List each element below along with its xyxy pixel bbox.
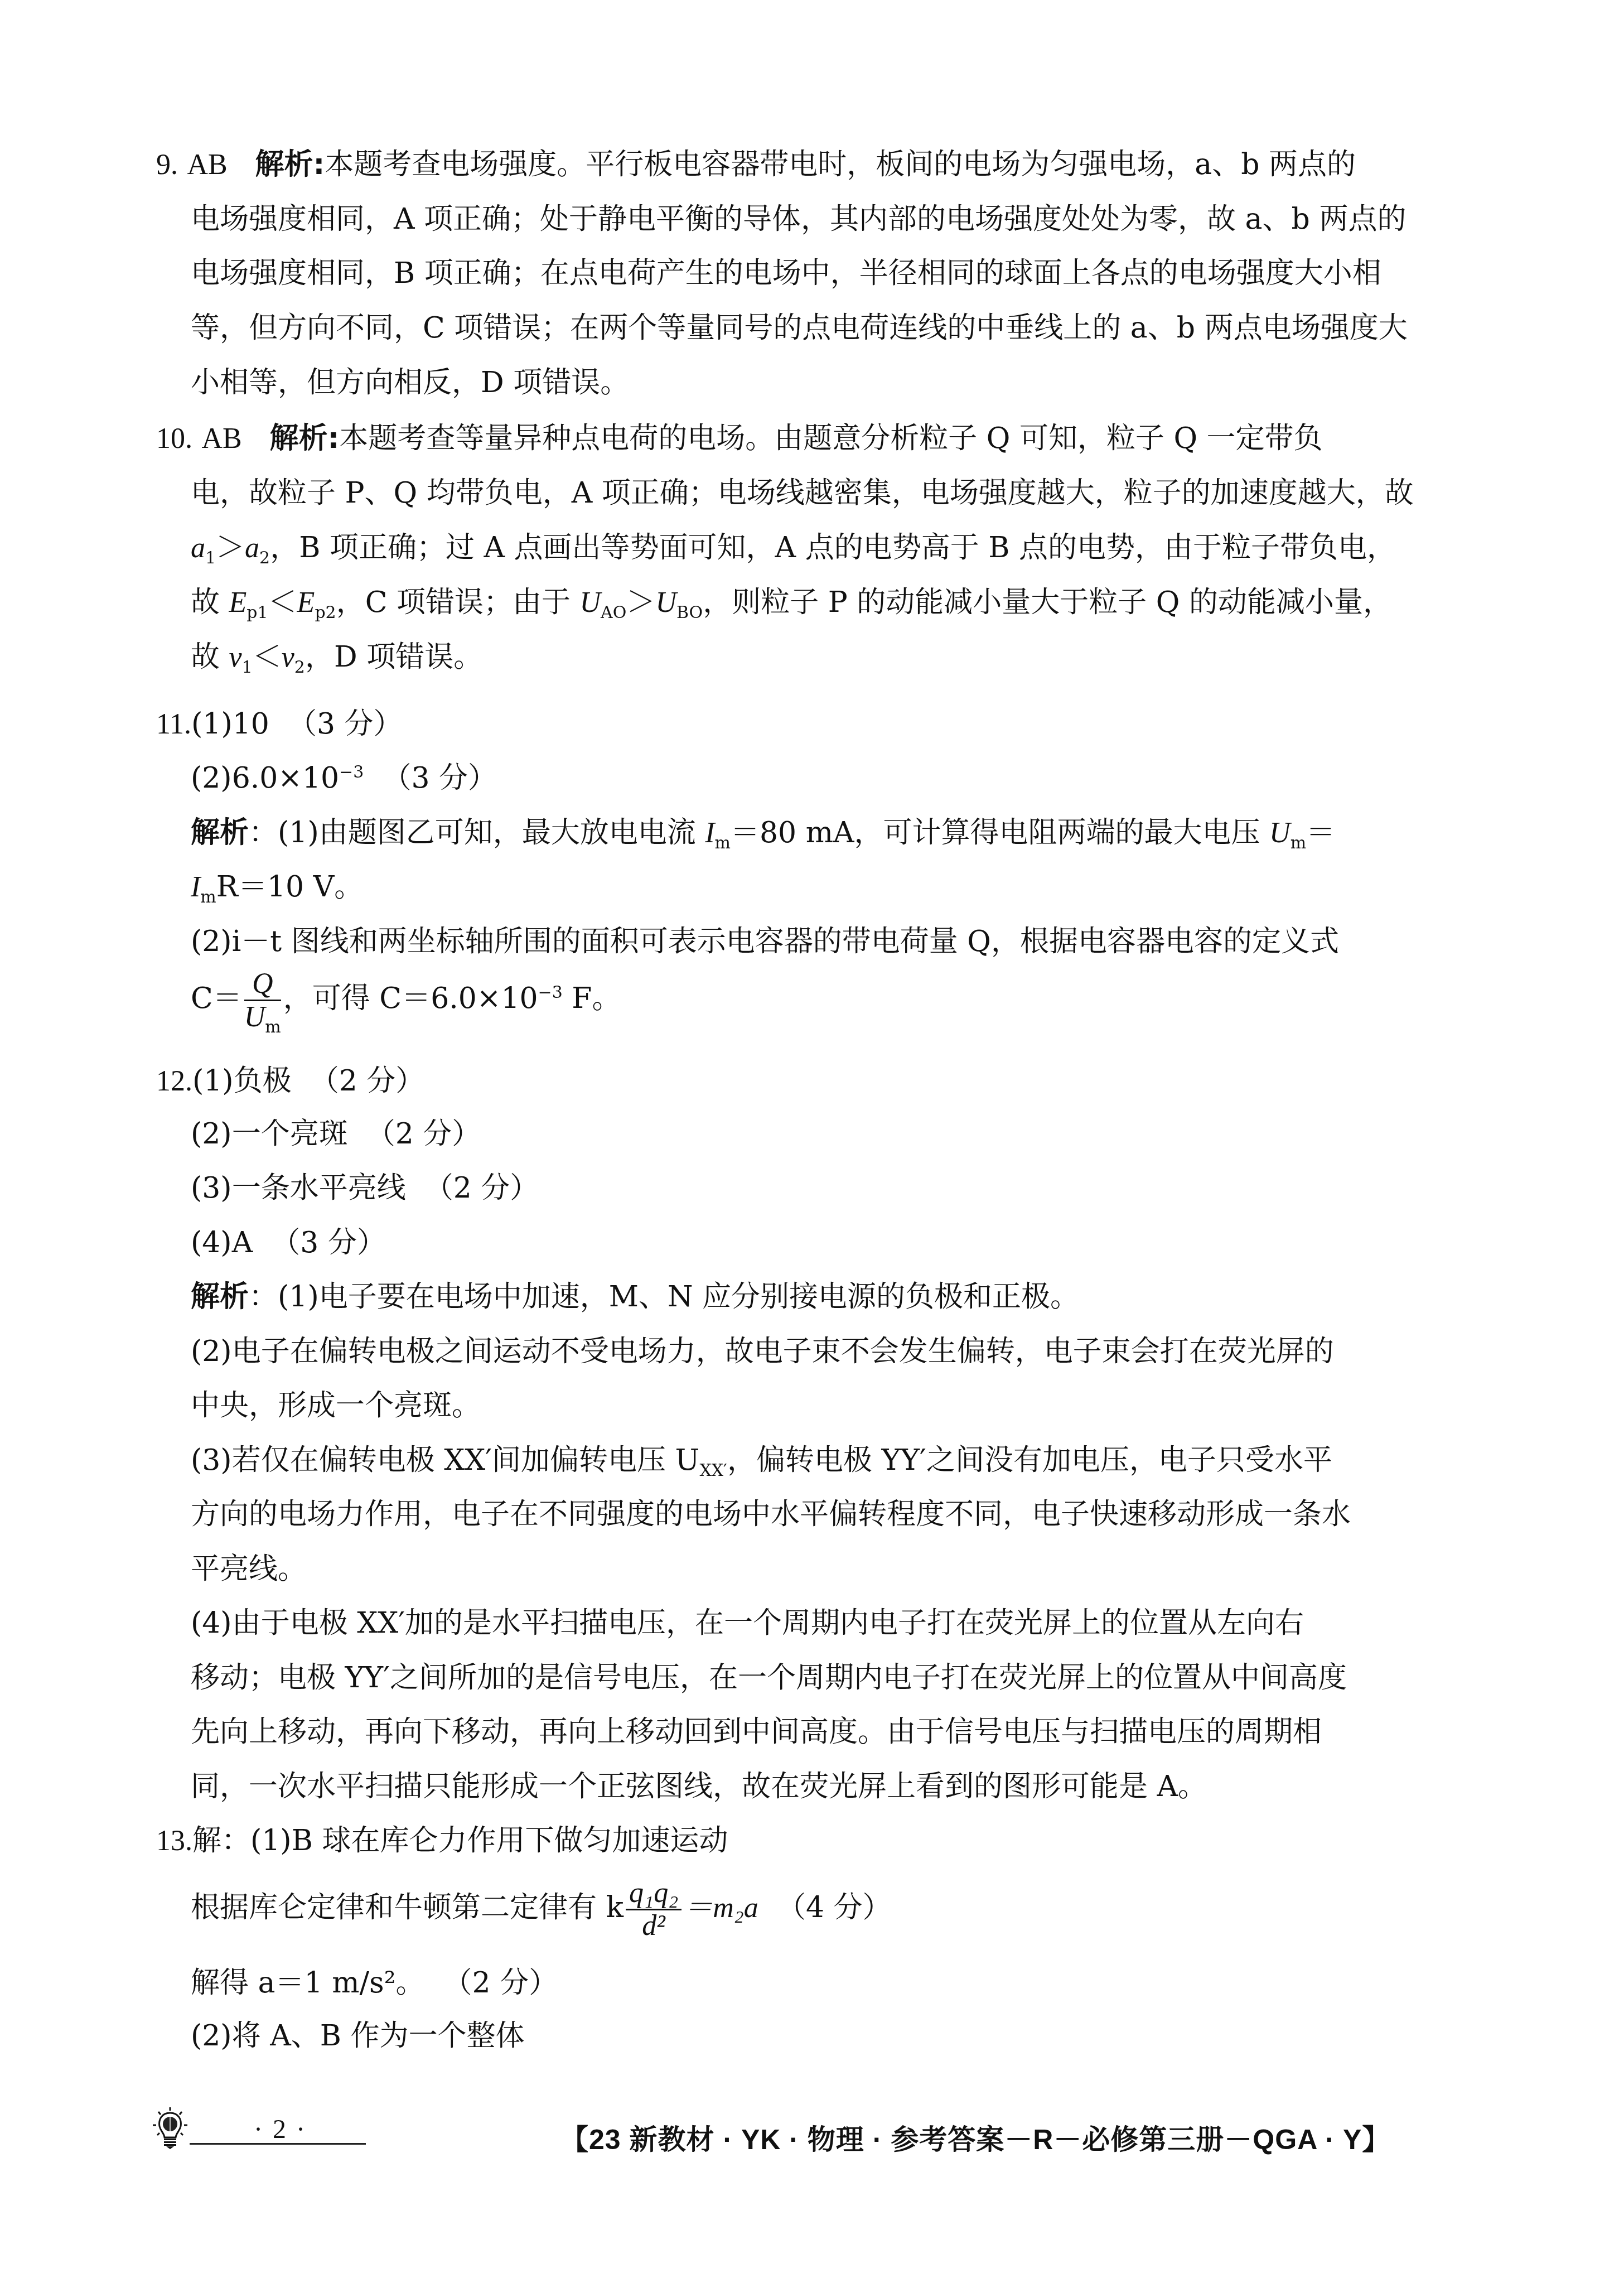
q9-line-1: 9. AB 解析:本题考查电场强度。平行板电容器带电时，板间的电场为匀强电场，a… — [156, 148, 1356, 181]
q12-analysis-4: (3)若仅在偏转电极 XX′间加偏转电压 UXX′，偏转电极 YY′之间没有加电… — [191, 1444, 1332, 1477]
q12-analysis-1: 解析：(1)电子要在电场中加速，M、N 应分别接电源的负极和正极。 — [191, 1280, 1079, 1314]
score: （3 分） — [271, 1226, 386, 1259]
footer-title: 【23 新教材 · YK · 物理 · 参考答案－R－必修第三册－QGA · Y… — [560, 2117, 1390, 2157]
q13-line-1: 13.解：(1)B 球在库仑力作用下做匀加速运动 — [156, 1824, 728, 1857]
q12-analysis-9: 先向上移动，再向下移动，再向上移动回到中间高度。由于信号电压与扫描电压的周期相 — [191, 1715, 1322, 1749]
q9-text: 本题考查电场强度。平行板电容器带电时，板间的电场为匀强电场，a、b 两点的 — [325, 148, 1356, 181]
score: （2 分） — [443, 1966, 558, 2000]
q11-analysis-2: ImR＝10 V。 — [191, 870, 363, 904]
q12-analysis-2: (2)电子在偏转电极之间运动不受电场力，故电子束不会发生偏转，电子束会打在荧光屏… — [191, 1335, 1334, 1368]
q11-part-2: (2)6.0×10−3 （3 分） — [191, 761, 497, 795]
q12-part-1: 12.(1)负极 （2 分） — [156, 1064, 424, 1098]
lightbulb-brain-icon — [152, 2107, 188, 2150]
q11-formula: C＝QUm，可得 C＝6.0×10−3 F。 — [191, 962, 621, 1035]
q12-part-3: (3)一条水平亮线 （2 分） — [191, 1171, 539, 1205]
q10-line-3: a1＞a2，B 项正确；过 A 点画出等势面可知，A 点的电势高于 B 点的电势… — [191, 531, 1396, 564]
q13-number: 13. — [156, 1825, 192, 1857]
q13-formula: 根据库仑定律和牛顿第二定律有 kq₁q₂d²＝m₂a （4 分） — [191, 1871, 892, 1944]
q12-part-2: (2)一个亮斑 （2 分） — [191, 1117, 481, 1151]
q11-analysis-3: (2)i－t 图线和两坐标轴所围的面积可表示电容器的带电荷量 Q，根据电容器电容… — [191, 925, 1339, 958]
q12-number: 12. — [156, 1065, 192, 1097]
q10-text: 本题考查等量异种点电荷的电场。由题意分析粒子 Q 可知，粒子 Q 一定带负 — [339, 422, 1322, 455]
q12-analysis-10: 同，一次水平扫描只能形成一个正弦图线，故在荧光屏上看到的图形可能是 A。 — [191, 1770, 1207, 1803]
q13-line-4: (2)将 A、B 作为一个整体 — [191, 2019, 524, 2053]
q11-number: 11. — [156, 708, 191, 740]
q10-number: 10. — [156, 423, 192, 455]
q13-line-3: 解得 a＝1 m/s²。 （2 分） — [191, 1966, 558, 2000]
q9-number: 9. — [156, 149, 178, 181]
fraction: QUm — [244, 968, 281, 1033]
score: （2 分） — [366, 1117, 481, 1151]
fraction: q₁q₂d² — [626, 1877, 681, 1942]
q10-analysis-label: 解析 — [269, 422, 327, 455]
q12-part-4: (4)A （3 分） — [191, 1226, 386, 1259]
q12-analysis-8: 移动；电极 YY′之间所加的是信号电压，在一个周期内电子打在荧光屏上的位置从中间… — [191, 1661, 1347, 1695]
q9-answer: AB — [187, 149, 228, 181]
score: （3 分） — [382, 761, 497, 795]
q10-line-5: 故 v1＜v2，D 项错误。 — [191, 640, 482, 674]
q9-line-5: 小相等，但方向相反，D 项错误。 — [191, 366, 629, 399]
q10-answer: AB — [202, 423, 242, 455]
q9-line-2: 电场强度相同，A 项正确；处于静电平衡的导体，其内部的电场强度处处为零，故 a、… — [191, 202, 1406, 236]
q12-analysis-5: 方向的电场力作用，电子在不同强度的电场中水平偏转程度不同，电子快速移动形成一条水 — [191, 1498, 1351, 1531]
q12-analysis-7: (4)由于电极 XX′加的是水平扫描电压，在一个周期内电子打在荧光屏上的位置从左… — [191, 1606, 1304, 1640]
q9-analysis-label: 解析 — [255, 148, 313, 181]
q11-analysis-label: 解析 — [191, 816, 249, 850]
score: （3 分） — [288, 707, 403, 741]
q10-line-4: 故 Ep1＜Ep2，C 项错误；由于 UAO＞UBO，则粒子 P 的动能减小量大… — [191, 586, 1392, 619]
score: （4 分） — [777, 1891, 892, 1924]
q12-analysis-6: 平亮线。 — [191, 1552, 307, 1586]
page-number-underline — [190, 2143, 366, 2145]
q12-analysis-3: 中央，形成一个亮斑。 — [191, 1389, 481, 1422]
q9-line-4: 等，但方向不同，C 项错误；在两个等量同号的点电荷连线的中垂线上的 a、b 两点… — [191, 311, 1408, 345]
q12-analysis-label: 解析 — [191, 1280, 249, 1314]
q11-analysis-1: 解析：(1)由题图乙可知，最大放电电流 Im＝80 mA，可计算得电阻两端的最大… — [191, 816, 1335, 850]
page-number: ·2· — [229, 2114, 340, 2145]
q9-line-3: 电场强度相同，B 项正确；在点电荷产生的电场中，半径相同的球面上各点的电场强度大… — [191, 257, 1381, 290]
q10-line-1: 10. AB 解析:本题考查等量异种点电荷的电场。由题意分析粒子 Q 可知，粒子… — [156, 422, 1323, 455]
q11-part-1: 11.(1)10 （3 分） — [156, 707, 403, 741]
score: （2 分） — [310, 1064, 425, 1098]
score: （2 分） — [424, 1171, 539, 1205]
q10-line-2: 电，故粒子 P、Q 均带负电，A 项正确；电场线越密集，电场强度越大，粒子的加速… — [191, 476, 1414, 510]
